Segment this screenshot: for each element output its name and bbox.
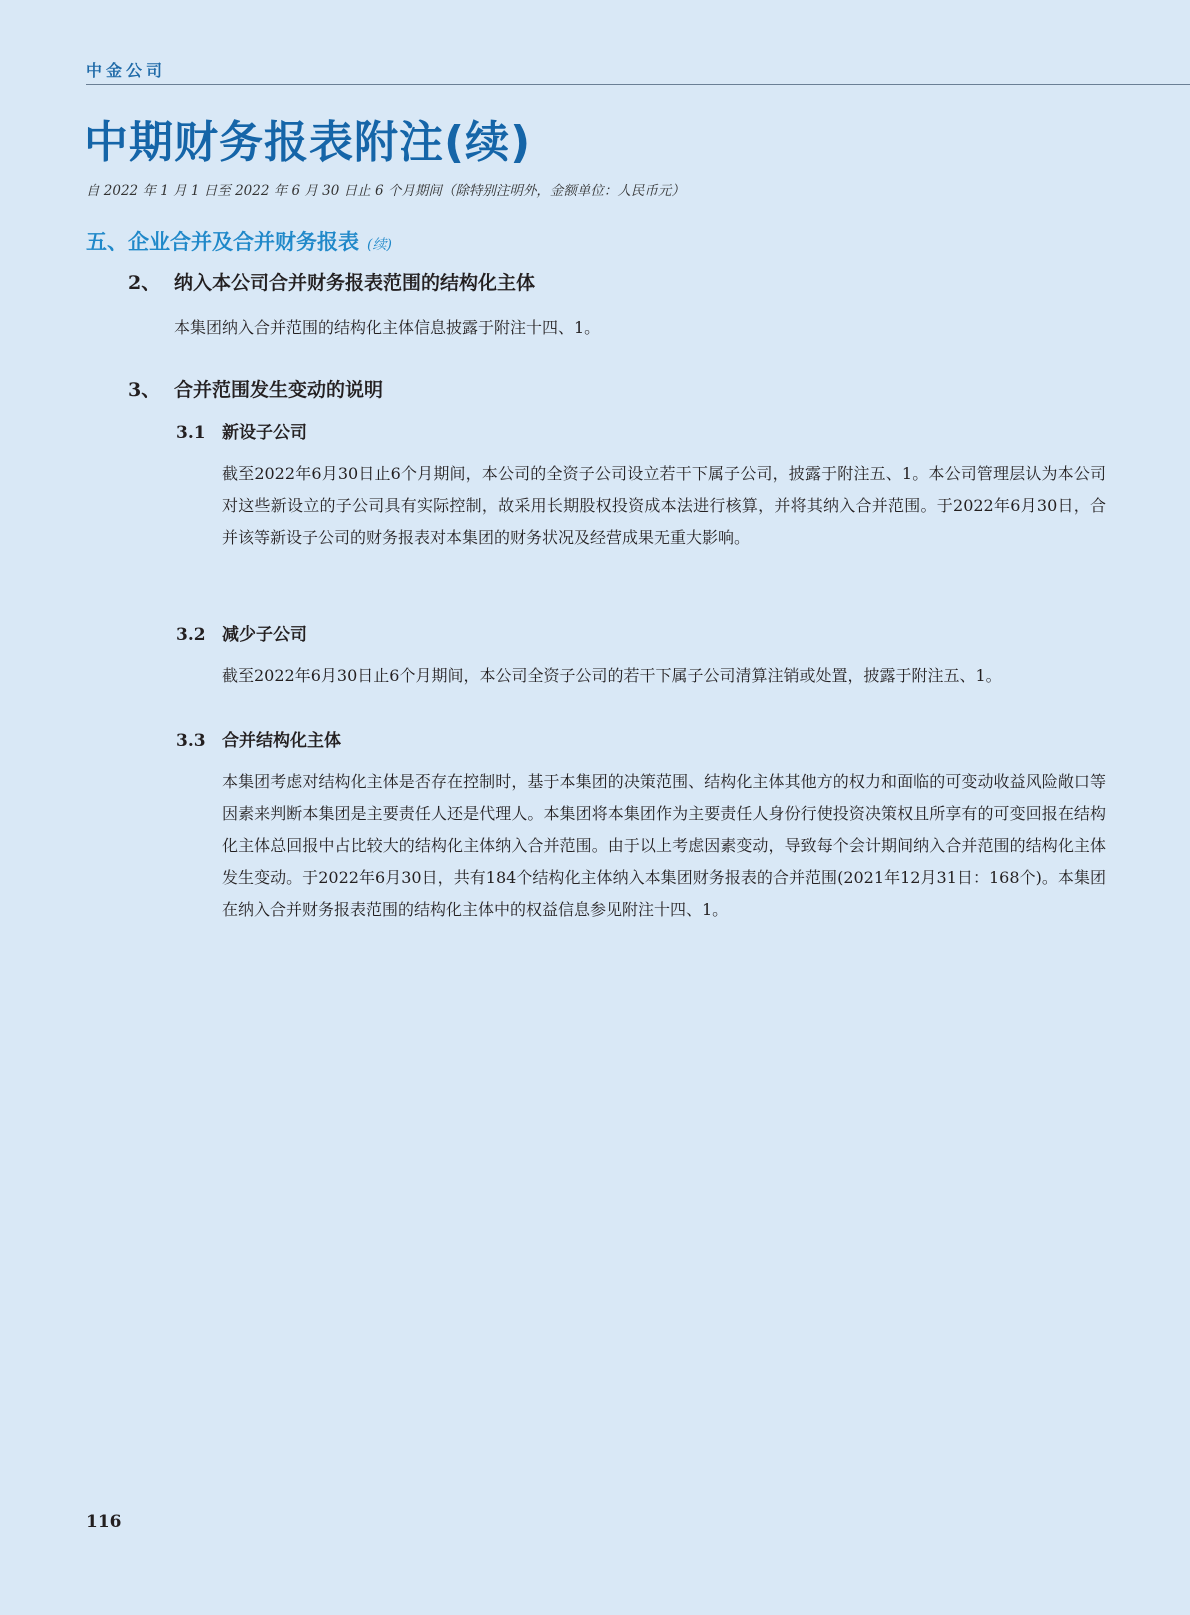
item-title: 纳入本公司合并财务报表范围的结构化主体 xyxy=(174,272,535,294)
subitem-3-1-heading: 3.1新设子公司 xyxy=(176,418,307,443)
period-subtitle: 自 2022 年 1 月 1 日至 2022 年 6 月 30 日止 6 个月期… xyxy=(86,179,685,199)
subitem-3-2-body: 截至2022年6月30日止6个月期间，本公司全资子公司的若干下属子公司清算注销或… xyxy=(222,660,1106,692)
subitem-number: 3.1 xyxy=(176,423,222,443)
page-number: 116 xyxy=(86,1512,122,1532)
header-divider xyxy=(86,84,1190,85)
page-title: 中期财务报表附注(续) xyxy=(84,106,531,170)
item-number: 3、 xyxy=(128,375,174,402)
subitem-3-1-body: 截至2022年6月30日止6个月期间，本公司的全资子公司设立若干下属子公司，披露… xyxy=(222,458,1106,554)
company-name: 中金公司 xyxy=(86,58,166,81)
subitem-title: 合并结构化主体 xyxy=(222,731,341,751)
section-heading: 五、企业合并及合并财务报表(续) xyxy=(86,226,392,256)
section-continued: (续) xyxy=(367,237,392,253)
subitem-title: 减少子公司 xyxy=(222,625,307,645)
subitem-number: 3.2 xyxy=(176,625,222,645)
item-3-heading: 3、合并范围发生变动的说明 xyxy=(128,375,383,402)
item-number: 2、 xyxy=(128,268,174,295)
item-title: 合并范围发生变动的说明 xyxy=(174,379,383,401)
item-2-body: 本集团纳入合并范围的结构化主体信息披露于附注十四、1。 xyxy=(174,312,1104,344)
subitem-number: 3.3 xyxy=(176,731,222,751)
subitem-3-3-heading: 3.3合并结构化主体 xyxy=(176,726,341,751)
subitem-3-2-heading: 3.2减少子公司 xyxy=(176,620,307,645)
item-2-heading: 2、纳入本公司合并财务报表范围的结构化主体 xyxy=(128,268,535,295)
section-title: 五、企业合并及合并财务报表 xyxy=(86,230,359,254)
subitem-title: 新设子公司 xyxy=(222,423,307,443)
subitem-3-3-body: 本集团考虑对结构化主体是否存在控制时，基于本集团的决策范围、结构化主体其他方的权… xyxy=(222,766,1106,926)
